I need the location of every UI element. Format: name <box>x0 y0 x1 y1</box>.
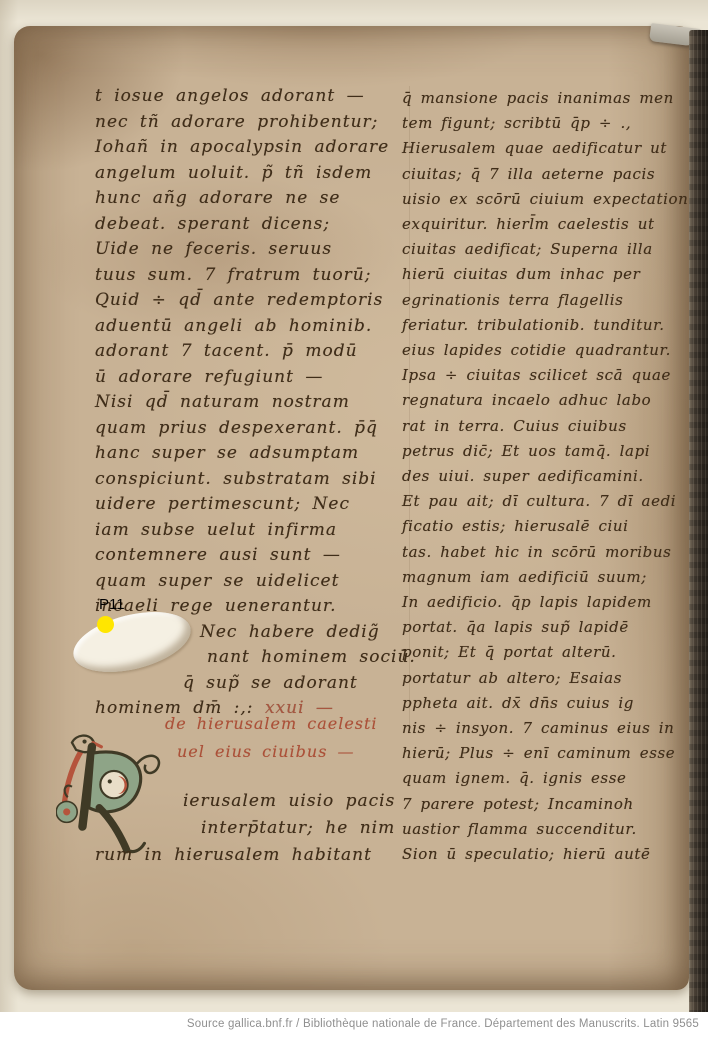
initial-face-eye <box>108 779 112 783</box>
manuscript-line: portat. q̄a lapis sup̃ lapidē <box>402 615 696 640</box>
text-after-initial: ierusalem uisio pacisinterp̄tatur; he ni… <box>95 788 395 869</box>
manuscript-line: ciuitas; q̄ 7 illa aeterne pacis <box>402 162 696 187</box>
manuscript-line: eius lapides cotidie quadrantur. <box>402 338 696 363</box>
manuscript-line: contemnere ausi sunt — <box>95 543 395 569</box>
manuscript-line: Sion ū speculatio; hierū autē <box>402 842 696 867</box>
manuscript-line: interp̄tatur; he nim <box>201 815 395 842</box>
manuscript-line: debeat. sperant dicens; <box>95 212 395 238</box>
manuscript-line: Nisi qd̄ naturam nostram <box>95 390 395 416</box>
manuscript-line: angelum uoluit. p̃ tñ isdem <box>95 161 395 187</box>
p11-marker-label: P11 <box>99 596 125 613</box>
manuscript-line: uisio ex scōrū ciuium expectatione <box>402 187 696 212</box>
manuscript-line: hunc añg adorare ne se <box>95 186 395 212</box>
manuscript-line: tas. habet hic in scōrū moribus <box>402 540 696 565</box>
manuscript-line: 7 parere potest; Incaminoh <box>402 792 696 817</box>
rubric-line: de hierusalem caelesti <box>165 710 378 738</box>
rubric-line: uel eius ciuibus — <box>177 738 378 766</box>
manuscript-line: Et pau ait; dī cultura. 7 dī aedi <box>402 489 696 514</box>
manuscript-line: aduentū angeli ab hominib. <box>95 314 395 340</box>
rubric-heading: de hierusalem caelestiuel eius ciuibus — <box>165 710 378 766</box>
manuscript-line: des uiui. super aedificamini. <box>402 464 696 489</box>
manuscript-line: adorant 7 tacent. p̄ modū <box>95 339 395 365</box>
manuscript-line: tem figunt; scribtū q̄p ÷ ., <box>402 111 696 136</box>
manuscript-line: ciuitas aedificat; Superna illa <box>402 237 696 262</box>
manuscript-line: ppheta ait. dx̄ dn̄s cuius ig <box>402 691 696 716</box>
manuscript-line: q̄ sup̃ se adorant <box>183 671 395 697</box>
footer-source-text: Source gallica.bnf.fr / Bibliothèque nat… <box>187 1018 708 1030</box>
manuscript-line: portatur ab altero; Esaias <box>402 666 696 691</box>
manuscript-line: uastior flamma succenditur. <box>402 817 696 842</box>
manuscript-line: t iosue angelos adorant — <box>95 84 395 110</box>
manuscript-line: Uide ne feceris. seruus <box>95 237 395 263</box>
manuscript-line: Nec habere dedig̃ <box>200 620 395 646</box>
book-spine-edge <box>689 30 708 1024</box>
initial-roundel-center <box>63 808 70 815</box>
text-column-right: q̄ mansione pacis inanimas mentem figunt… <box>402 86 696 867</box>
manuscript-line: nis ÷ insyon. 7 caminus eius in <box>402 716 696 741</box>
manuscript-line: nant hominem sociū. <box>207 645 395 671</box>
manuscript-line: ponit; Et q̄ portat alterū. <box>402 640 696 665</box>
manuscript-line: nec tñ adorare prohibentur; <box>95 110 395 136</box>
footer-bar: Source gallica.bnf.fr / Bibliothèque nat… <box>0 1012 708 1037</box>
manuscript-line: uidere pertimescunt; Nec <box>95 492 395 518</box>
manuscript-line: Quid ÷ qd̄ ante redemptoris <box>95 288 395 314</box>
manuscript-line: ū adorare refugiunt — <box>95 365 395 391</box>
beast-eye <box>82 739 86 743</box>
manuscript-line: In aedificio. q̄p lapis lapidem <box>402 590 696 615</box>
manuscript-line: quam prius despexerant. p̄q̄ <box>95 416 395 442</box>
manuscript-line: ficatio estis; hierusalē ciui <box>402 514 696 539</box>
manuscript-line: hierū; Plus ÷ enī caminum esse <box>402 741 696 766</box>
manuscript-line: egrinationis terra flagellis <box>402 288 696 313</box>
manuscript-line: quam super se uidelicet <box>95 569 395 595</box>
manuscript-line: feriatur. tribulationib. tunditur. <box>402 313 696 338</box>
manuscript-line: hanc super se adsumptam <box>95 441 395 467</box>
manuscript-line: rat in terra. Cuius ciuibus <box>402 414 696 439</box>
p11-marker-dot[interactable] <box>97 616 114 633</box>
manuscript-line: iam subse uelut infirma <box>95 518 395 544</box>
gallica-scan-view: t iosue angelos adorant —nec tñ adorare … <box>0 0 708 1037</box>
manuscript-line: hierū ciuitas dum inhac per <box>402 262 696 287</box>
manuscript-line: regnatura incaelo adhuc labo <box>402 388 696 413</box>
manuscript-line: petrus dic̄; Et uos tamq̄. lapi <box>402 439 696 464</box>
manuscript-line: Iohañ in apocalypsin adorare <box>95 135 395 161</box>
manuscript-line: tuus sum. 7 fratrum tuorū; <box>95 263 395 289</box>
manuscript-line: magnum iam aedificiū suum; <box>402 565 696 590</box>
manuscript-line: rum in hierusalem habitant <box>95 842 395 869</box>
manuscript-line: q̄ mansione pacis inanimas men <box>402 86 696 111</box>
manuscript-line: quam ignem. q̄. ignis esse <box>402 766 696 791</box>
manuscript-line: conspiciunt. substratam sibi <box>95 467 395 493</box>
manuscript-line: Ipsa ÷ ciuitas scilicet scā quae <box>402 363 696 388</box>
initial-red-flourish <box>65 749 83 802</box>
manuscript-line: Hierusalem quae aedificatur ut <box>402 136 696 161</box>
manuscript-line: exquiritur. hierl̄m caelestis ut <box>402 212 696 237</box>
manuscript-line: ierusalem uisio pacis <box>183 788 395 815</box>
